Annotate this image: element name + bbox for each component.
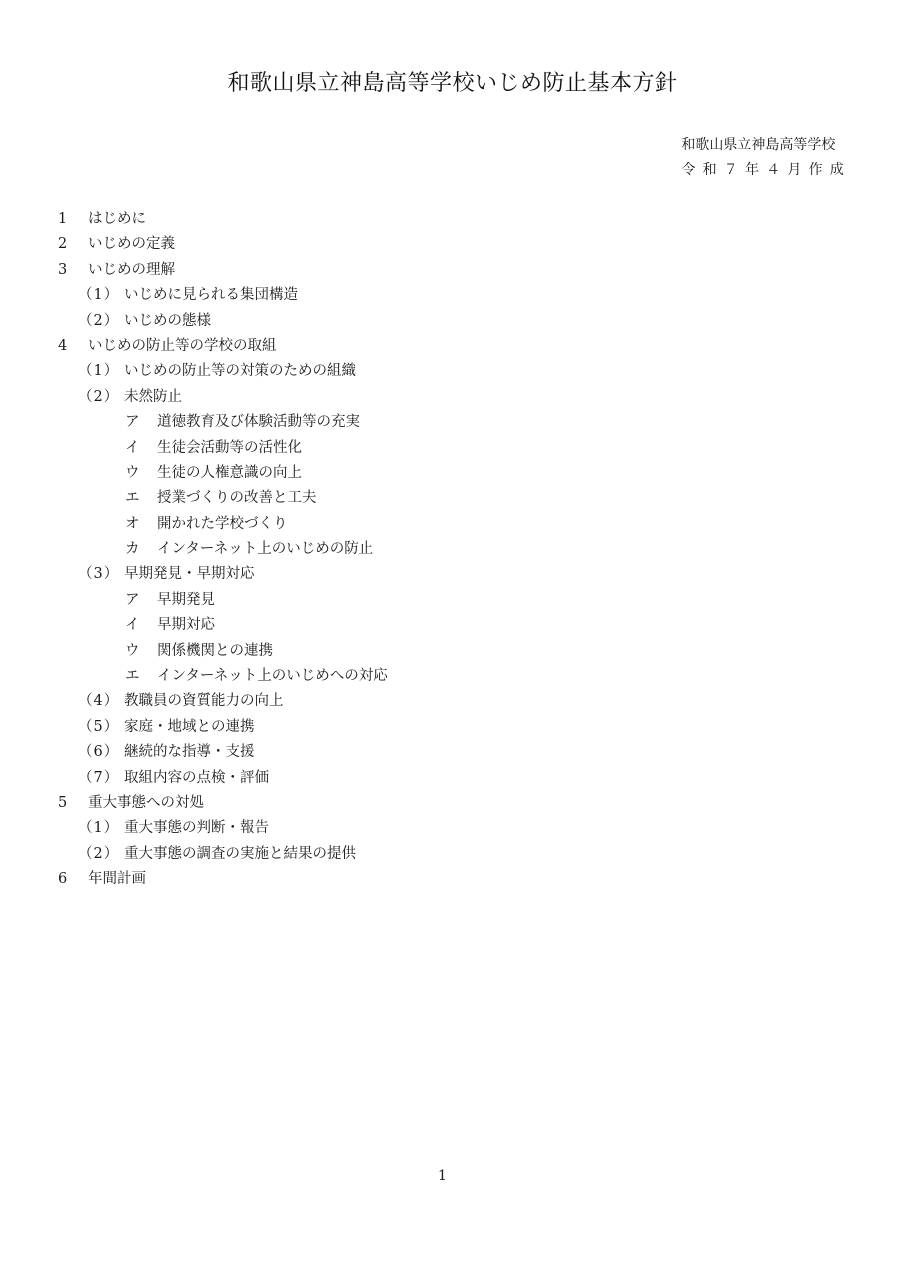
toc-item: 3いじめの理解 [58,258,388,283]
toc-item-number: エ [125,664,157,689]
toc-item: エインターネット上のいじめへの対応 [58,664,388,689]
toc-item-label: 授業づくりの改善と工夫 [157,486,317,511]
toc-item-number: （4） [78,689,124,714]
toc-item-label: 未然防止 [124,385,182,410]
toc-item: 4いじめの防止等の学校の取組 [58,334,388,359]
toc-item-label: いじめの防止等の対策のための組織 [124,359,356,384]
toc-item-number: （2） [78,309,124,334]
toc-item: （5）家庭・地域との連携 [58,715,388,740]
toc-item-label: 開かれた学校づくり [157,512,288,537]
toc-item-number: （5） [78,715,124,740]
toc-item-label: 生徒の人権意識の向上 [157,461,302,486]
toc-item-label: 生徒会活動等の活性化 [157,436,302,461]
toc-item-number: カ [125,537,157,562]
toc-item-label: 早期発見・早期対応 [124,562,255,587]
toc-item-label: 年間計画 [88,867,146,892]
toc-item-number: オ [125,512,157,537]
toc-item: エ授業づくりの改善と工夫 [58,486,388,511]
toc-item: （1）重大事態の判断・報告 [58,816,388,841]
toc-item-label: インターネット上のいじめの防止 [157,537,373,562]
toc-item-number: ア [125,410,157,435]
toc-item-label: 早期発見 [157,588,215,613]
toc-item-number: （1） [78,283,124,308]
page-number: 1 [0,1168,885,1184]
toc-item-number: 5 [58,791,88,816]
toc-item-number: （7） [78,766,124,791]
creation-date: 令和７年４月作成 [681,158,851,183]
toc-item-label: いじめの理解 [88,258,175,283]
toc-item-label: 早期対応 [157,613,215,638]
toc-item-label: いじめの定義 [88,232,175,257]
toc-item: （2）いじめの態様 [58,309,388,334]
table-of-contents: 1はじめに2いじめの定義3いじめの理解（1）いじめに見られる集団構造（2）いじめ… [58,207,388,893]
toc-item: ウ生徒の人権意識の向上 [58,461,388,486]
toc-item-number: 4 [58,334,88,359]
toc-item: 2いじめの定義 [58,232,388,257]
toc-item-label: 取組内容の点検・評価 [124,766,269,791]
toc-item-number: （1） [78,816,124,841]
toc-item-label: はじめに [88,207,146,232]
toc-item: ア道徳教育及び体験活動等の充実 [58,410,388,435]
toc-item: （1）いじめに見られる集団構造 [58,283,388,308]
toc-item: ア早期発見 [58,588,388,613]
toc-item-label: 重大事態への対処 [88,791,204,816]
toc-item: （3）早期発見・早期対応 [58,562,388,587]
toc-item-label: 重大事態の判断・報告 [124,816,269,841]
toc-item: イ早期対応 [58,613,388,638]
toc-item-label: 家庭・地域との連携 [124,715,255,740]
toc-item-number: （3） [78,562,124,587]
document-meta: 和歌山県立神島高等学校 令和７年４月作成 [681,133,851,183]
toc-item-number: （2） [78,385,124,410]
toc-item: （6）継続的な指導・支援 [58,740,388,765]
toc-item: 6年間計画 [58,867,388,892]
toc-item: イ生徒会活動等の活性化 [58,436,388,461]
toc-item: 1はじめに [58,207,388,232]
toc-item-label: 継続的な指導・支援 [124,740,255,765]
toc-item-label: いじめに見られる集団構造 [124,283,298,308]
toc-item: （7）取組内容の点検・評価 [58,766,388,791]
toc-item-label: 道徳教育及び体験活動等の充実 [157,410,360,435]
toc-item: 5重大事態への対処 [58,791,388,816]
toc-item-label: 関係機関との連携 [157,639,273,664]
toc-item-number: 3 [58,258,88,283]
toc-item: （4）教職員の資質能力の向上 [58,689,388,714]
toc-item-number: ア [125,588,157,613]
toc-item-number: （6） [78,740,124,765]
toc-item-number: 1 [58,207,88,232]
toc-item: （2）重大事態の調査の実施と結果の提供 [58,842,388,867]
toc-item-label: インターネット上のいじめへの対応 [157,664,388,689]
toc-item: カインターネット上のいじめの防止 [58,537,388,562]
toc-item-number: イ [125,613,157,638]
toc-item: オ開かれた学校づくり [58,512,388,537]
toc-item-number: （1） [78,359,124,384]
toc-item-number: ウ [125,639,157,664]
toc-item-label: いじめの防止等の学校の取組 [88,334,277,359]
toc-item-number: 6 [58,867,88,892]
toc-item-label: 重大事態の調査の実施と結果の提供 [124,842,356,867]
toc-item: ウ関係機関との連携 [58,639,388,664]
document-title: 和歌山県立神島高等学校いじめ防止基本方針 [0,66,905,97]
toc-item-number: 2 [58,232,88,257]
toc-item-number: ウ [125,461,157,486]
toc-item-number: イ [125,436,157,461]
toc-item: （1）いじめの防止等の対策のための組織 [58,359,388,384]
author-school: 和歌山県立神島高等学校 [681,133,851,158]
toc-item-number: （2） [78,842,124,867]
toc-item: （2）未然防止 [58,385,388,410]
toc-item-label: 教職員の資質能力の向上 [124,689,284,714]
toc-item-label: いじめの態様 [124,309,211,334]
toc-item-number: エ [125,486,157,511]
